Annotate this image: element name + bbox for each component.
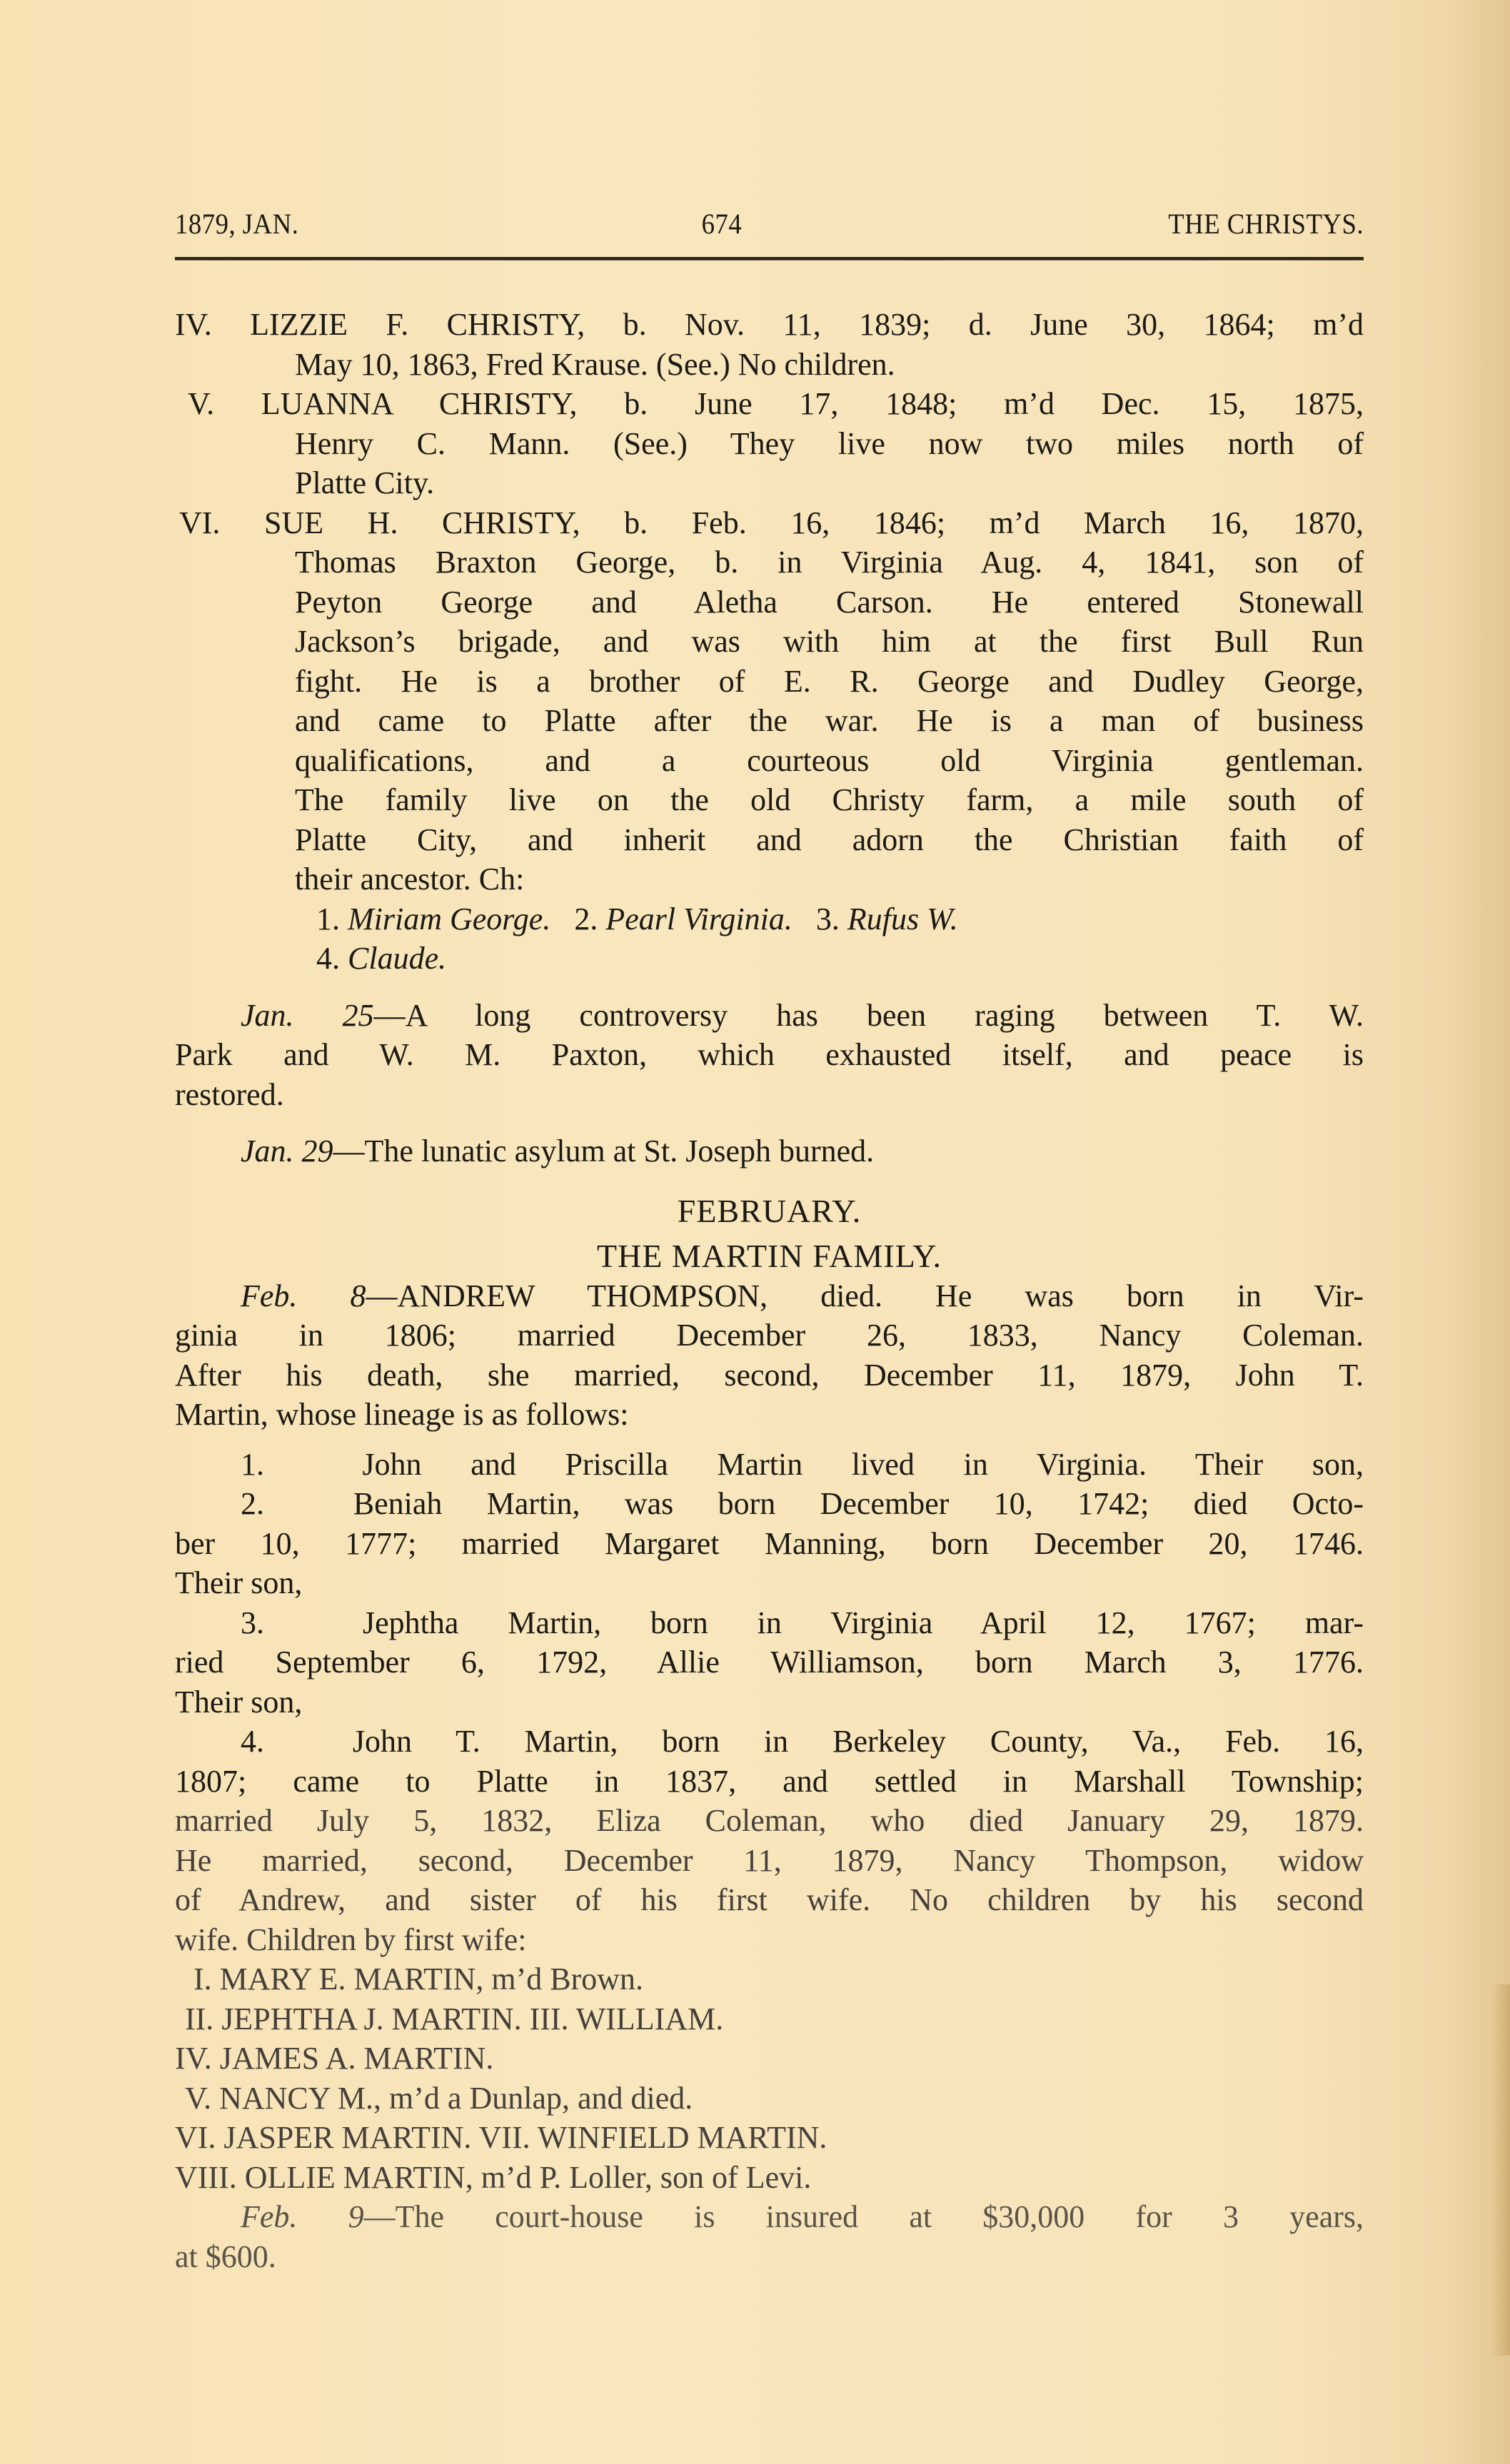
child-name: Miriam George. [348, 902, 550, 936]
lineage-item: 4. John T. Martin, born in Berkeley Coun… [175, 1722, 1364, 1762]
text-line: Thomas Braxton George, b. in Virginia Au… [175, 542, 1364, 582]
child-name: Claude. [348, 941, 446, 976]
text-line: wife. Children by first wife: [175, 1920, 1364, 1960]
spacer [175, 1231, 1364, 1236]
child-entry: I. MARY E. MARTIN, m’d Brown. [175, 1959, 1364, 1999]
text-line: and came to Platte after the war. He is … [175, 701, 1364, 741]
entry-date: Feb. 8 [241, 1278, 366, 1313]
spacer [175, 1435, 1364, 1445]
lineage-item: 1. John and Priscilla Martin lived in Vi… [175, 1445, 1364, 1485]
entry-date: Jan. 29 [241, 1133, 333, 1168]
entry-feb-8: Feb. 8—ANDREW THOMPSON, died. He was bor… [175, 1276, 1364, 1435]
text-line: Jan. 25—A long controversy has been ragi… [175, 996, 1364, 1036]
page-number: 674 [702, 207, 743, 241]
line-text: —The court-house is insured at $30,000 f… [364, 2199, 1364, 2234]
entry-feb-9: Feb. 9—The court-house is insured at $30… [175, 2197, 1364, 2276]
entry-lizzie-christy: IV. LIZZIE F. CHRISTY, b. Nov. 11, 1839;… [175, 305, 1364, 384]
text-line: Park and W. M. Paxton, which exhausted i… [175, 1035, 1364, 1075]
text-line: ginia in 1806; married December 26, 1833… [175, 1316, 1364, 1355]
text-line: After his death, she married, second, De… [175, 1355, 1364, 1395]
line-text: —A long controversy has been raging betw… [374, 998, 1364, 1033]
text-line: ber 10, 1777; married Margaret Manning, … [175, 1524, 1364, 1564]
text-line: Martin, whose lineage is as follows: [175, 1395, 1364, 1435]
text-line: VI. SUE H. CHRISTY, b. Feb. 16, 1846; m’… [175, 503, 1364, 543]
text-line: restored. [175, 1075, 1364, 1115]
text-line: May 10, 1863, Fred Krause. (See.) No chi… [175, 345, 1364, 385]
roman-numeral: IV. [175, 307, 212, 342]
text-line: Jackson’s brigade, and was with him at t… [175, 622, 1364, 662]
child-entry: VIII. OLLIE MARTIN, m’d P. Loller, son o… [175, 2158, 1364, 2198]
entry-date: Feb. 9 [241, 2199, 364, 2234]
line-text: LUANNA CHRISTY, b. June 17, 1848; m’d De… [261, 386, 1364, 421]
line-text: —ANDREW THOMPSON, died. He was born in V… [366, 1278, 1364, 1313]
book-page: 1879, JAN. 674 THE CHRISTYS. IV. LIZZIE … [175, 207, 1364, 2276]
page-edge-stain [1491, 1984, 1510, 2356]
lineage-item: 3. Jephtha Martin, born in Virginia Apri… [175, 1603, 1364, 1643]
line-text: Jephtha Martin, born in Virginia April 1… [363, 1605, 1364, 1640]
section-heading-martin-family: THE MARTIN FAMILY. [175, 1236, 1364, 1276]
entry-jan-29: Jan. 29—The lunatic asylum at St. Joseph… [175, 1131, 1364, 1171]
line-text: SUE H. CHRISTY, b. Feb. 16, 1846; m’d Ma… [264, 505, 1364, 540]
child-name: Rufus W. [847, 902, 958, 936]
martin-children-list: I. MARY E. MARTIN, m’d Brown. II. JEPHTH… [175, 1959, 1364, 2197]
text-line: Their son, [175, 1563, 1364, 1603]
entry-date: Jan. 25 [241, 998, 374, 1033]
spacer [175, 1114, 1364, 1131]
text-line: Peyton George and Aletha Carson. He ente… [175, 582, 1364, 622]
text-line: Feb. 8—ANDREW THOMPSON, died. He was bor… [175, 1276, 1364, 1316]
entry-jan-25: Jan. 25—A long controversy has been ragi… [175, 996, 1364, 1115]
section-heading-february: FEBRUARY. [175, 1191, 1364, 1231]
lineage-number: 4. [241, 1724, 264, 1759]
line-text: John and Priscilla Martin lived in Virgi… [362, 1447, 1364, 1482]
child-number: 3. [816, 902, 840, 936]
text-line: their ancestor. Ch: [175, 859, 1364, 899]
text-line: fight. He is a brother of E. R. George a… [175, 662, 1364, 702]
text-line: married July 5, 1832, Eliza Coleman, who… [175, 1801, 1364, 1841]
page-body: IV. LIZZIE F. CHRISTY, b. Nov. 11, 1839;… [175, 305, 1364, 2276]
lineage-number: 2. [241, 1486, 264, 1521]
entry-luanna-christy: V. LUANNA CHRISTY, b. June 17, 1848; m’d… [175, 384, 1364, 503]
text-line: Platte City, and inherit and adorn the C… [175, 820, 1364, 860]
text-line: He married, second, December 11, 1879, N… [175, 1841, 1364, 1881]
line-text: LIZZIE F. CHRISTY, b. Nov. 11, 1839; d. … [250, 307, 1364, 342]
child-entry: VI. JASPER MARTIN. VII. WINFIELD MARTIN. [175, 2118, 1364, 2158]
child-entry: IV. JAMES A. MARTIN. [175, 2039, 1364, 2079]
text-line: ried September 6, 1792, Allie Williamson… [175, 1642, 1364, 1682]
child-entry: V. NANCY M., m’d a Dunlap, and died. [175, 2079, 1364, 2119]
text-line: 1807; came to Platte in 1837, and settle… [175, 1762, 1364, 1802]
lineage-number: 1. [241, 1447, 264, 1482]
spacer [175, 979, 1364, 996]
child-name: Pearl Virginia. [605, 902, 792, 936]
running-head: 1879, JAN. 674 THE CHRISTYS. [175, 207, 1364, 243]
running-head-date: 1879, JAN. [175, 207, 298, 241]
text-line: Their son, [175, 1682, 1364, 1722]
text-line: IV. LIZZIE F. CHRISTY, b. Nov. 11, 1839;… [175, 305, 1364, 345]
children-list-line: 1. Miriam George. 2. Pearl Virginia. 3. … [175, 899, 1364, 939]
text-line: Platte City. [175, 463, 1364, 503]
running-head-title: THE CHRISTYS. [1168, 207, 1364, 241]
roman-numeral: V. [188, 386, 214, 421]
text-line: V. LUANNA CHRISTY, b. June 17, 1848; m’d… [175, 384, 1364, 424]
line-text: Beniah Martin, was born December 10, 174… [353, 1486, 1364, 1521]
entry-sue-christy: VI. SUE H. CHRISTY, b. Feb. 16, 1846; m’… [175, 503, 1364, 979]
lineage-number: 3. [241, 1605, 264, 1640]
spacer [175, 1171, 1364, 1191]
lineage-item: 2. Beniah Martin, was born December 10, … [175, 1484, 1364, 1524]
text-line: The family live on the old Christy farm,… [175, 780, 1364, 820]
child-number: 4. [316, 941, 340, 976]
text-line: qualifications, and a courteous old Virg… [175, 741, 1364, 781]
text-line: at $600. [175, 2237, 1364, 2277]
child-entry: II. JEPHTHA J. MARTIN. III. WILLIAM. [175, 1999, 1364, 2039]
child-number: 2. [574, 902, 598, 936]
text-line: Feb. 9—The court-house is insured at $30… [175, 2197, 1364, 2237]
lineage-list: 1. John and Priscilla Martin lived in Vi… [175, 1445, 1364, 1960]
roman-numeral: VI. [179, 505, 220, 540]
header-rule [175, 257, 1364, 261]
line-text: John T. Martin, born in Berkeley County,… [353, 1724, 1364, 1759]
line-text: —The lunatic asylum at St. Joseph burned… [333, 1133, 875, 1168]
child-number: 1. [316, 902, 340, 936]
children-list-line: 4. Claude. [175, 939, 1364, 979]
text-line: of Andrew, and sister of his first wife.… [175, 1880, 1364, 1920]
text-line: Henry C. Mann. (See.) They live now two … [175, 424, 1364, 464]
